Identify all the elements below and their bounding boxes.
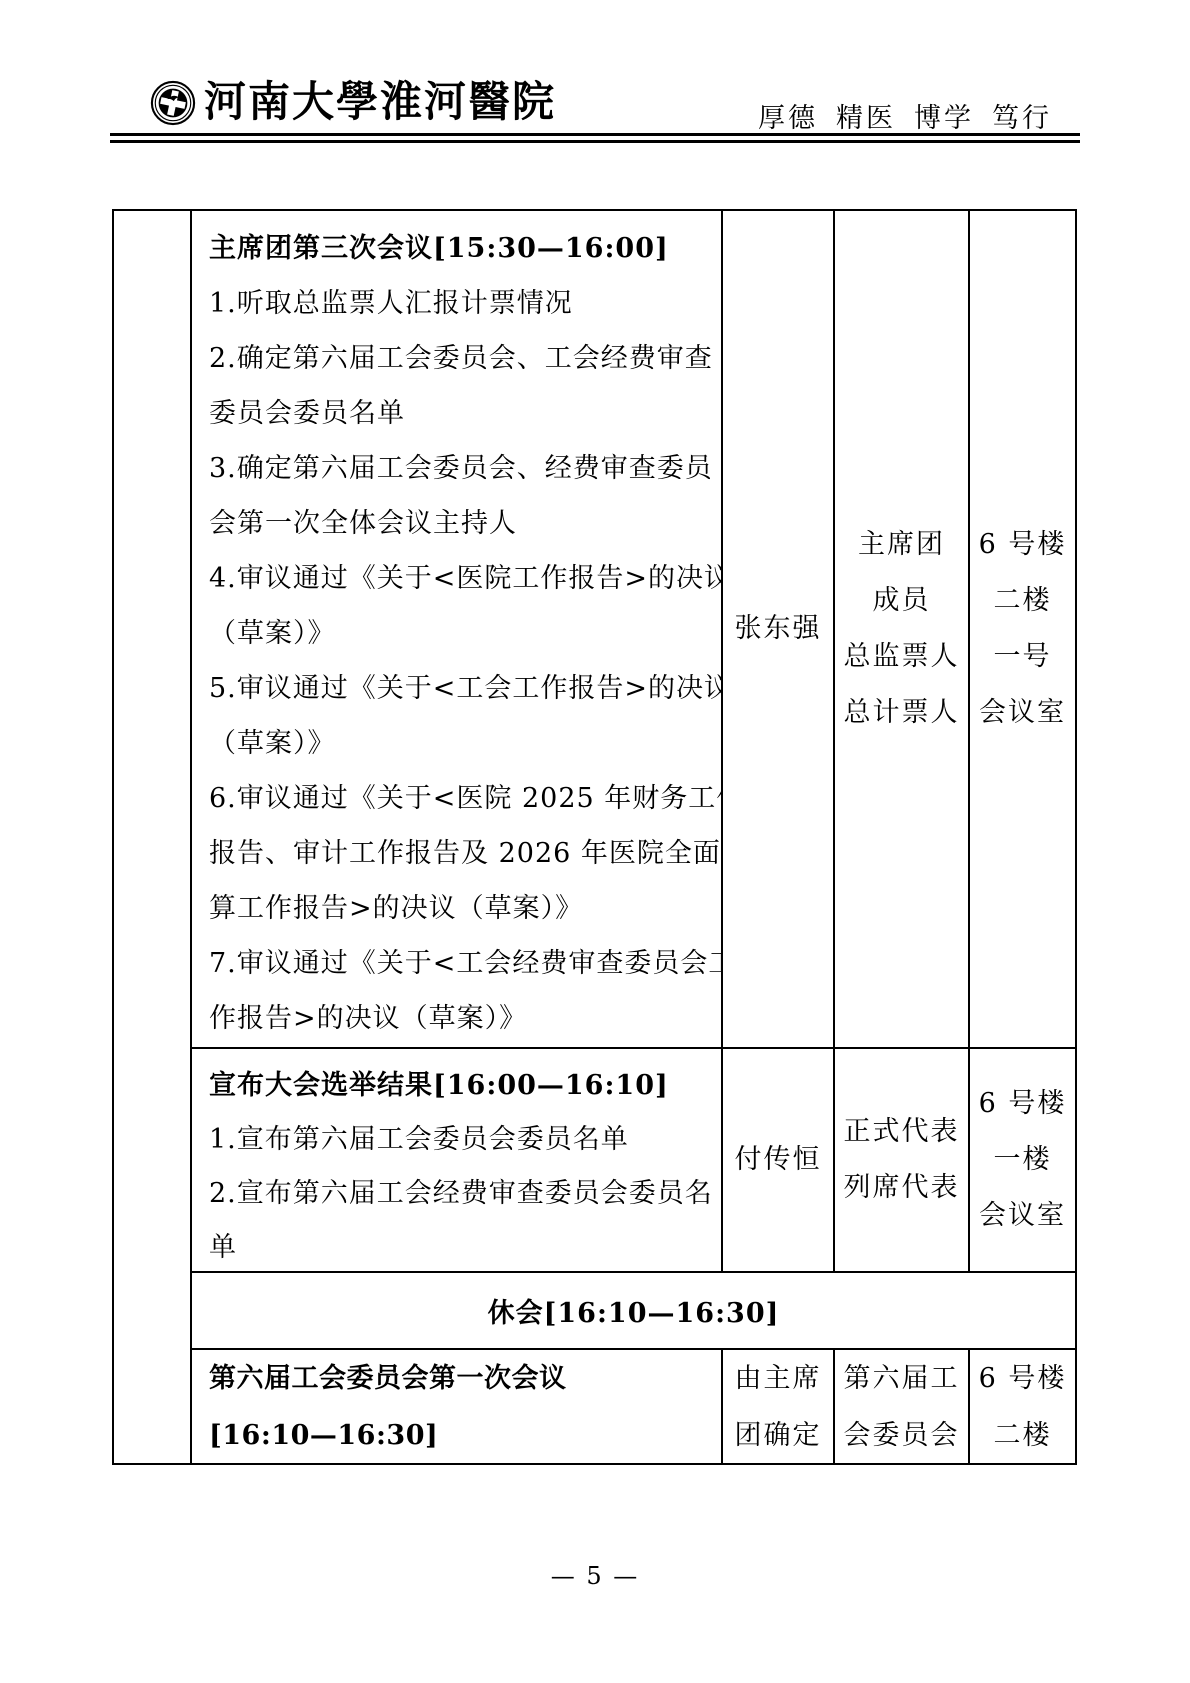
participant-line: 列席代表	[844, 1160, 960, 1216]
document-page: 河南大學淮河醫院 厚德精医博学笃行 主席团第三次会议[15:30—16:00] …	[0, 0, 1190, 1683]
session1-title: 主席团第三次会议[15:30—16:00]	[209, 221, 707, 276]
agenda-line: （草案）》	[209, 606, 707, 661]
hospital-motto: 厚德精医博学笃行	[758, 96, 1052, 135]
session2-title: 宣布大会选举结果[16:00—16:10]	[209, 1059, 707, 1113]
agenda-cell-session1: 主席团第三次会议[15:30—16:00] 1.听取总监票人汇报计票情况 2.确…	[192, 211, 723, 1049]
location-line: 二楼	[994, 1407, 1052, 1464]
session3-title: 第六届工会委员会第一次会议	[209, 1350, 707, 1407]
location-line: 会议室	[979, 685, 1066, 741]
host-line: 团确定	[735, 1407, 822, 1464]
agenda-line: 单	[209, 1221, 707, 1273]
agenda-cell-session2: 宣布大会选举结果[16:00—16:10] 1.宣布第六届工会委员会委员名单 2…	[192, 1049, 723, 1273]
host-name: 付传恒	[735, 1132, 822, 1188]
agenda-line: 7.审议通过《关于<工会经费审查委员会工	[209, 936, 707, 991]
agenda-line: 委员会委员名单	[209, 386, 707, 441]
location-line: 6 号楼	[979, 1076, 1067, 1132]
participants-cell-session1: 主席团 成员 总监票人 总计票人	[835, 211, 970, 1049]
location-line: 二楼	[994, 573, 1052, 629]
motto-word: 笃行	[992, 103, 1052, 134]
motto-word: 精医	[836, 103, 896, 134]
host-name: 张东强	[735, 601, 822, 657]
participant-line: 第六届工	[844, 1350, 960, 1407]
agenda-line: 5.审议通过《关于<工会工作报告>的决议	[209, 661, 707, 716]
participants-cell-session3: 第六届工 会委员会	[835, 1350, 970, 1464]
agenda-line: 1.听取总监票人汇报计票情况	[209, 276, 707, 331]
participants-cell-session2: 正式代表 列席代表	[835, 1049, 970, 1273]
session3-time: [16:10—16:30]	[209, 1407, 707, 1464]
participant-line: 成员	[873, 573, 931, 629]
participant-line: 正式代表	[844, 1104, 960, 1160]
motto-word: 厚德	[758, 103, 818, 134]
location-cell-session3: 6 号楼 二楼	[970, 1350, 1075, 1464]
location-cell-session2: 6 号楼 一楼 会议室	[970, 1049, 1075, 1273]
agenda-line: 2.宣布第六届工会经费审查委员会委员名	[209, 1167, 707, 1221]
host-line: 由主席	[735, 1350, 822, 1407]
participant-line: 总计票人	[844, 685, 960, 741]
page-number: — 5 —	[0, 1562, 1190, 1590]
agenda-line: （草案）》	[209, 716, 707, 771]
hospital-emblem-icon	[150, 80, 196, 130]
location-line: 6 号楼	[979, 517, 1067, 573]
motto-word: 博学	[914, 103, 974, 134]
agenda-line: 作报告>的决议（草案）》	[209, 991, 707, 1046]
participant-line: 会委员会	[844, 1407, 960, 1464]
recess-label: 休会[16:10—16:30]	[488, 1291, 780, 1330]
agenda-line: 4.审议通过《关于<医院工作报告>的决议	[209, 551, 707, 606]
agenda-cell-session3: 第六届工会委员会第一次会议 [16:10—16:30]	[192, 1350, 723, 1464]
agenda-line: 会第一次全体会议主持人	[209, 496, 707, 551]
location-line: 一号	[994, 629, 1052, 685]
agenda-line: 1.宣布第六届工会委员会委员名单	[209, 1113, 707, 1167]
participant-line: 总监票人	[844, 629, 960, 685]
location-line: 会议室	[979, 1188, 1066, 1244]
agenda-line: 算工作报告>的决议（草案）》	[209, 881, 707, 936]
host-cell-session1: 张东强	[723, 211, 835, 1049]
agenda-line: 报告、审计工作报告及 2026 年医院全面预	[209, 826, 707, 881]
agenda-line: 6.审议通过《关于<医院 2025 年财务工作	[209, 771, 707, 826]
participant-line: 主席团	[858, 517, 945, 573]
agenda-table: 主席团第三次会议[15:30—16:00] 1.听取总监票人汇报计票情况 2.确…	[112, 209, 1077, 1465]
location-line: 6 号楼	[979, 1350, 1067, 1407]
time-column-cell	[114, 211, 192, 1464]
agenda-line: 3.确定第六届工会委员会、经费审查委员	[209, 441, 707, 496]
agenda-line: 2.确定第六届工会委员会、工会经费审查	[209, 331, 707, 386]
header-double-rule	[110, 133, 1080, 143]
hospital-brand-name: 河南大學淮河醫院	[204, 76, 556, 128]
recess-row-cell: 休会[16:10—16:30]	[192, 1273, 1075, 1350]
host-cell-session3: 由主席 团确定	[723, 1350, 835, 1464]
location-line: 一楼	[994, 1132, 1052, 1188]
location-cell-session1: 6 号楼 二楼 一号 会议室	[970, 211, 1075, 1049]
host-cell-session2: 付传恒	[723, 1049, 835, 1273]
